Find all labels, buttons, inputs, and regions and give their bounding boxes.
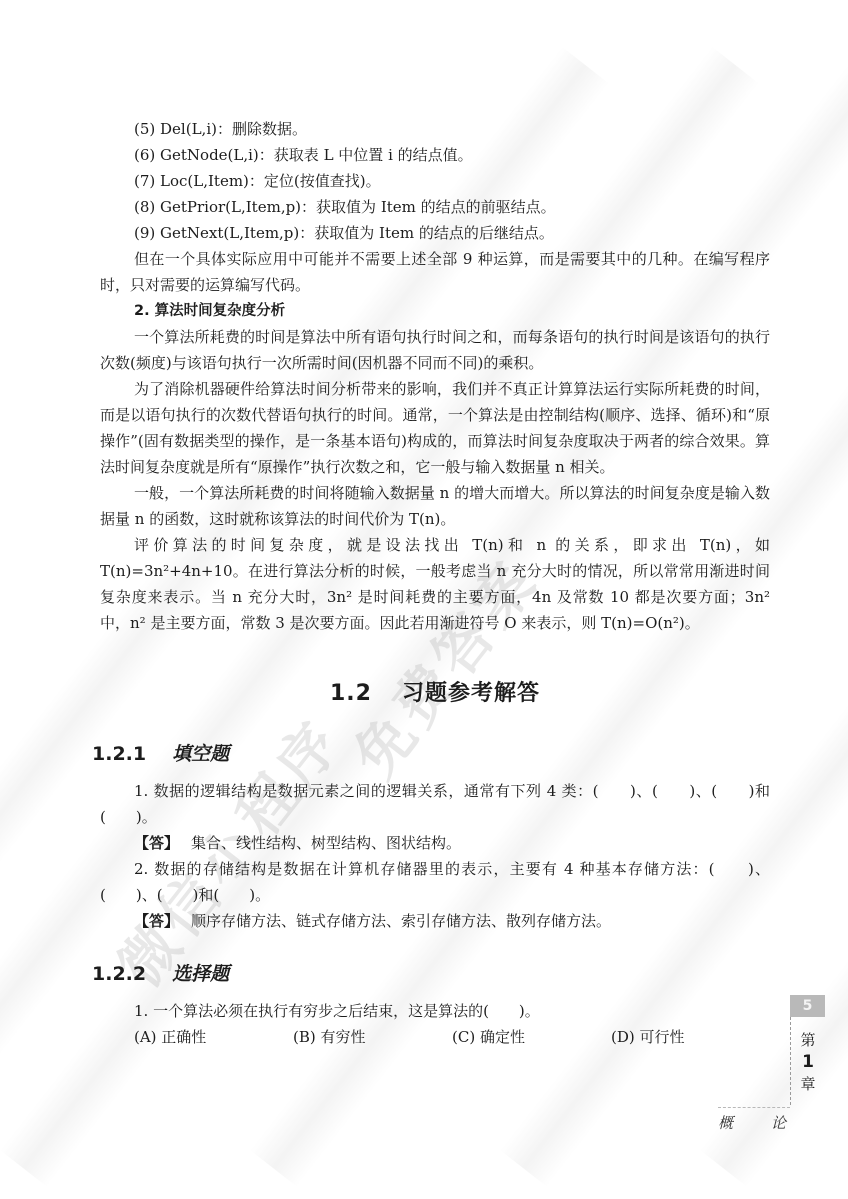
option-b: (B) 有穷性 [293, 1024, 452, 1050]
subsection-title-multiple-choice: 1.2.2选择题 [92, 956, 770, 992]
chapter-side-tab: 5 第 1 章 [790, 995, 825, 1105]
subsection-title-fill-blank: 1.2.1填空题 [92, 736, 770, 772]
page-content: (5) Del(L,i)：删除数据。 (6) GetNode(L,i)：获取表 … [100, 116, 770, 1050]
option-a: (A) 正确性 [134, 1024, 293, 1050]
running-footer: 概论 [718, 1112, 786, 1133]
paragraph: 一般，一个算法所耗费的时间将随输入数据量 n 的增大而增大。所以算法的时间复杂度… [100, 480, 770, 532]
chapter-label: 第 1 章 [790, 1017, 825, 1105]
question: 2. 数据的存储结构是数据在计算机存储器里的表示，主要有 4 种基本存储方法：(… [100, 856, 770, 908]
answer: 【答】集合、线性结构、树型结构、图状结构。 [100, 830, 770, 856]
option-c: (C) 确定性 [452, 1024, 611, 1050]
operations-note: 但在一个具体实际应用中可能并不需要上述全部 9 种运算，而是需要其中的几种。在编… [100, 246, 770, 298]
operation-item: (5) Del(L,i)：删除数据。 [100, 116, 770, 142]
option-d: (D) 可行性 [611, 1024, 770, 1050]
paragraph: 为了消除机器硬件给算法时间分析带来的影响，我们并不真正计算算法运行实际所耗费的时… [100, 376, 770, 480]
section-title: 1.2习题参考解答 [100, 674, 770, 714]
footer-divider [718, 1107, 790, 1108]
paragraph: 一个算法所耗费的时间是算法中所有语句执行时间之和，而每条语句的执行时间是该语句的… [100, 324, 770, 376]
operations-list: (5) Del(L,i)：删除数据。 (6) GetNode(L,i)：获取表 … [100, 116, 770, 246]
paragraph: 评价算法的时间复杂度，就是设法找出 T(n)和 n 的关系，即求出 T(n)，如… [100, 532, 770, 636]
answer: 【答】顺序存储方法、链式存储方法、索引存储方法、散列存储方法。 [100, 908, 770, 934]
question: 1. 数据的逻辑结构是数据元素之间的逻辑关系，通常有下列 4 类：( )、( )… [100, 778, 770, 830]
operation-item: (9) GetNext(L,Item,p)：获取值为 Item 的结点的后继结点… [100, 220, 770, 246]
operation-item: (6) GetNode(L,i)：获取表 L 中位置 i 的结点值。 [100, 142, 770, 168]
operation-item: (7) Loc(L,Item)：定位(按值查找)。 [100, 168, 770, 194]
operation-item: (8) GetPrior(L,Item,p)：获取值为 Item 的结点的前驱结… [100, 194, 770, 220]
page-number: 5 [790, 995, 825, 1017]
choice-options: (A) 正确性 (B) 有穷性 (C) 确定性 (D) 可行性 [100, 1024, 770, 1050]
question: 1. 一个算法必须在执行有穷步之后结束，这是算法的( )。 [100, 998, 770, 1024]
heading-time-complexity: 2. 算法时间复杂度分析 [100, 298, 770, 324]
